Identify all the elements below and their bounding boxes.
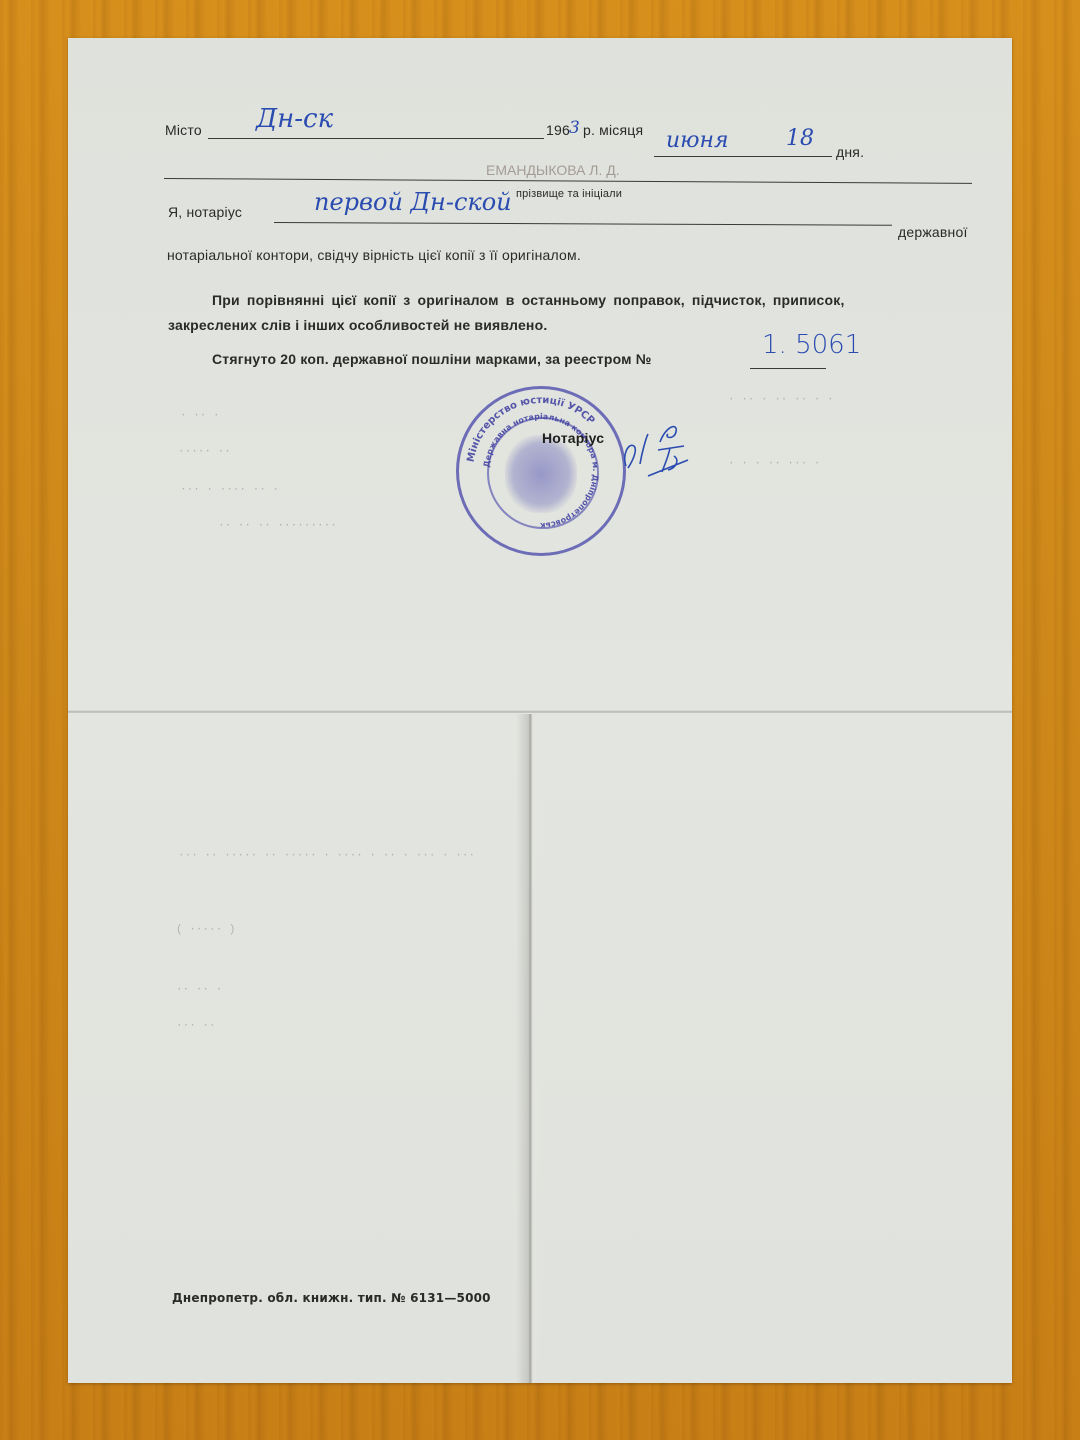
printer-imprint: Днепропетр. обл. книжн. тип. № 6131—5000	[172, 1291, 491, 1305]
year-handwritten: 3	[569, 118, 580, 138]
signature-icon	[618, 416, 708, 480]
notary-signature-label: Нотаріус	[542, 430, 604, 446]
fee-line: Стягнуто 20 коп. державної пошліни марка…	[212, 351, 652, 367]
name-caption: прізвище та ініціали	[516, 188, 622, 200]
bleed-through-text: · ·· · ·· ·· · ·	[728, 394, 834, 406]
month-label: р. місяця	[583, 122, 643, 138]
notary-label: Я, нотаріус	[168, 204, 242, 220]
bleed-through-text: ··· · ···· ·· ·	[180, 484, 279, 496]
notary-stamp: Міністерство юстиції УРСР Державна нотар…	[456, 386, 626, 556]
bleed-through-text: ··· ·· ····· ·· ····· · ···· · ·· · ··· …	[178, 850, 475, 862]
vertical-fold-crease	[516, 714, 544, 1383]
register-underline	[750, 368, 826, 369]
paragraph-line-2: закреслених слів і інших особливостей не…	[168, 317, 547, 333]
day-label: дня.	[836, 144, 864, 160]
month-day-underline	[654, 156, 832, 157]
faint-stamp-name: ЕМАНДЫКОВА Л. Д.	[486, 162, 620, 178]
month-handwritten: июня	[666, 128, 729, 153]
bleed-through-text: ··· ··	[176, 1020, 216, 1032]
bleed-through-text: ····· ··	[178, 446, 231, 458]
bleed-through-text: ( ····· )	[176, 924, 235, 936]
certification-line: нотаріальної контори, свідчу вірність ці…	[167, 247, 581, 263]
notary-office-handwritten: первой Дн-ской	[314, 188, 512, 216]
bleed-through-text: ·· ·· ·· ·········	[218, 520, 337, 532]
register-number-handwritten: 1. 5061	[762, 330, 861, 360]
stamp-ring-text: Міністерство юстиції УРСР Державна нотар…	[459, 389, 623, 553]
state-label: державної	[898, 224, 968, 240]
svg-text:Державна нотаріальна контора м: Державна нотаріальна контора м. Дніпропе…	[482, 411, 600, 530]
bleed-through-text: ·· ·· ·	[176, 984, 222, 996]
document-sheet: Місто Дн-ск 196 3 р. місяця июня 18 дня.…	[68, 38, 1012, 1383]
day-handwritten: 18	[786, 126, 814, 151]
year-printed: 196	[546, 122, 570, 138]
city-label: Місто	[165, 122, 202, 138]
paragraph-line-1: При порівнянні цієї копії з оригіналом в…	[212, 292, 845, 308]
city-handwritten: Дн-ск	[256, 104, 333, 134]
bleed-through-text: · · · ·· ··· ·	[728, 458, 820, 470]
notary-underline	[274, 222, 892, 226]
bleed-through-text: · ·· ·	[180, 410, 220, 422]
city-underline	[208, 138, 544, 139]
name-underline	[164, 178, 972, 184]
